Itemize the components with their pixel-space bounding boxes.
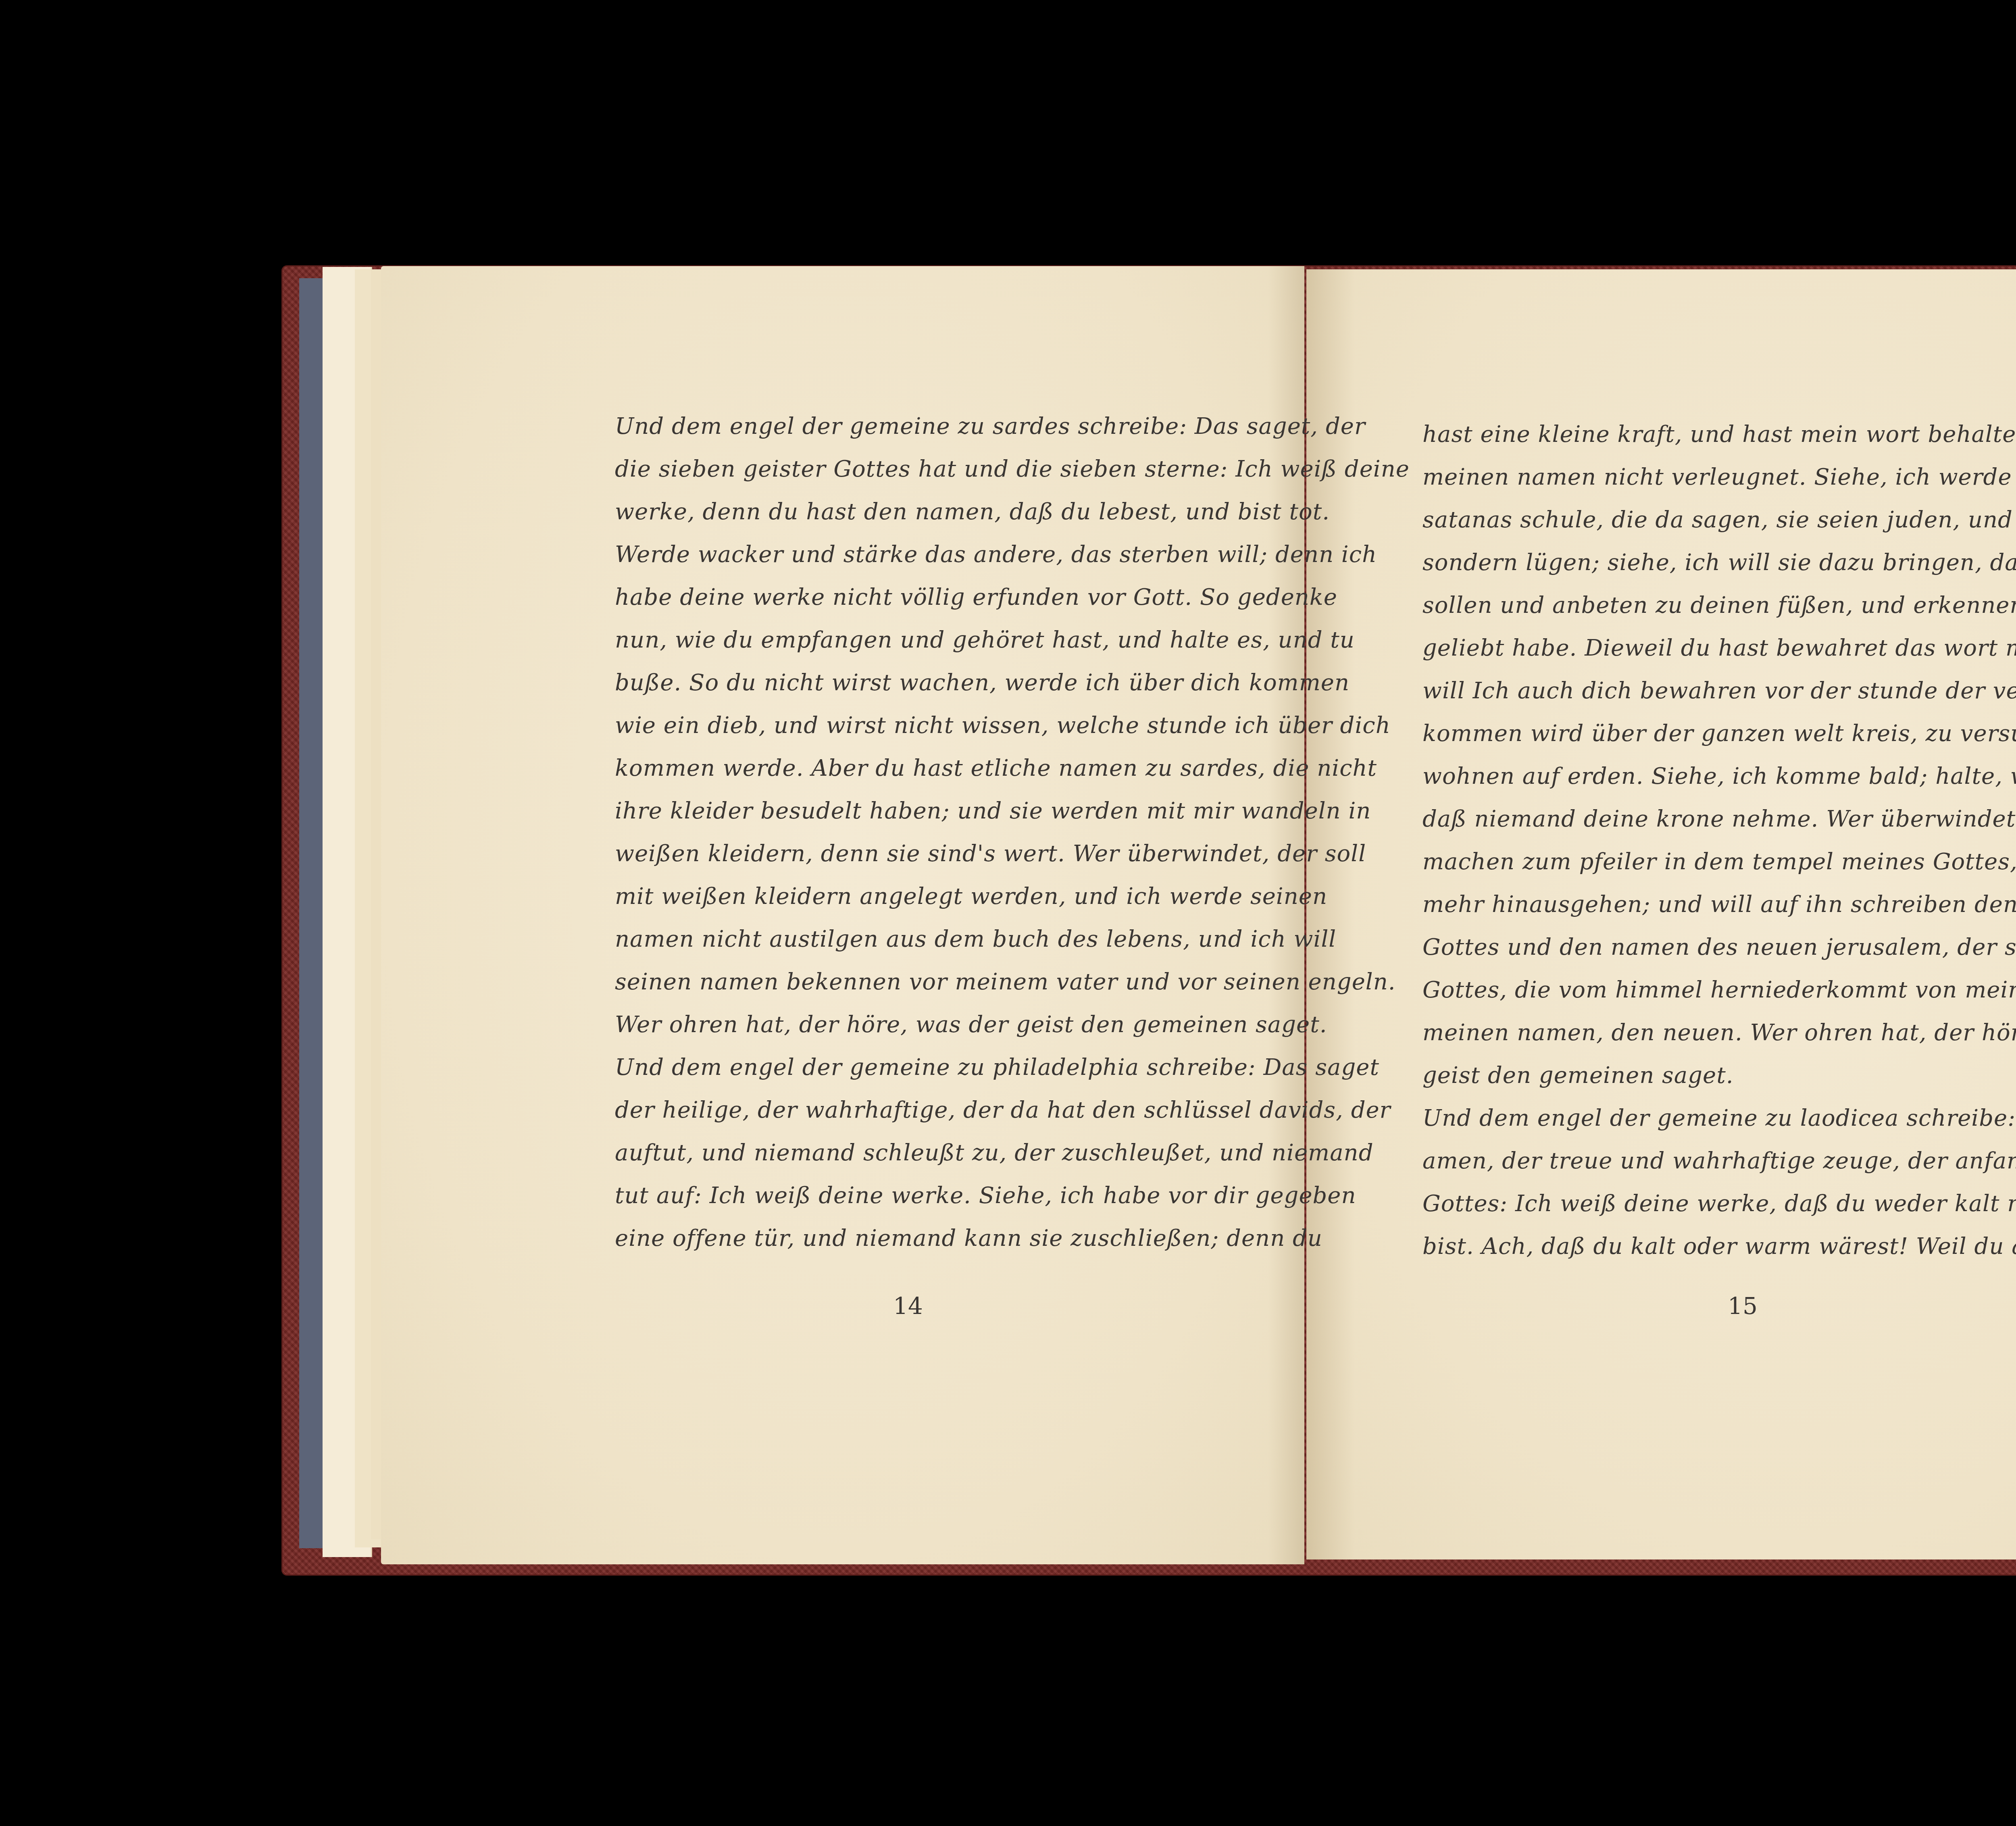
- text-line: hast eine kleine kraft, und hast mein wo…: [1422, 413, 2016, 456]
- text-line: wie ein dieb, und wirst nicht wissen, we…: [615, 704, 1232, 747]
- text-line: der heilige, der wahrhaftige, der da hat…: [615, 1089, 1232, 1132]
- photo-background: Und dem engel der gemeine zu sardes schr…: [0, 0, 2016, 1826]
- text-line: Und dem engel der gemeine zu sardes schr…: [615, 405, 1232, 448]
- text-line: Werde wacker und stärke das andere, das …: [615, 533, 1232, 576]
- text-line: Gottes: Ich weiß deine werke, daß du wed…: [1422, 1183, 2016, 1225]
- text-line: wohnen auf erden. Siehe, ich komme bald;…: [1422, 755, 2016, 798]
- right-page-text: hast eine kleine kraft, und hast mein wo…: [1422, 413, 2016, 1268]
- text-line: sollen und anbeten zu deinen füßen, und …: [1422, 584, 2016, 627]
- text-line: kommen wird über der ganzen welt kreis, …: [1422, 712, 2016, 755]
- text-line: meinen namen nicht verleugnet. Siehe, ic…: [1422, 456, 2016, 499]
- text-line: die sieben geister Gottes hat und die si…: [615, 448, 1232, 491]
- text-line: geist den gemeinen saget.: [1422, 1054, 2016, 1097]
- text-line: ihre kleider besudelt haben; und sie wer…: [615, 790, 1232, 833]
- text-line: mit weißen kleidern angelegt werden, und…: [615, 875, 1232, 918]
- text-line: kommen werde. Aber du hast etliche namen…: [615, 747, 1232, 790]
- text-line: amen, der treue und wahrhaftige zeuge, d…: [1422, 1140, 2016, 1183]
- text-line: buße. So du nicht wirst wachen, werde ic…: [615, 662, 1232, 704]
- text-line: meinen namen, den neuen. Wer ohren hat, …: [1422, 1012, 2016, 1054]
- page-number-left: 14: [893, 1292, 923, 1320]
- text-line: bist. Ach, daß du kalt oder warm wärest!…: [1422, 1225, 2016, 1268]
- text-line: tut auf: Ich weiß deine werke. Siehe, ic…: [615, 1174, 1232, 1217]
- text-line: will Ich auch dich bewahren vor der stun…: [1422, 670, 2016, 712]
- text-line: eine offene tür, und niemand kann sie zu…: [615, 1217, 1232, 1260]
- left-page-text: Und dem engel der gemeine zu sardes schr…: [615, 405, 1232, 1260]
- text-line: seinen namen bekennen vor meinem vater u…: [615, 961, 1232, 1004]
- text-line: satanas schule, die da sagen, sie seien …: [1422, 499, 2016, 541]
- text-line: Gottes, die vom himmel herniederkommt vo…: [1422, 969, 2016, 1012]
- text-line: habe deine werke nicht völlig erfunden v…: [615, 576, 1232, 619]
- page-number-right: 15: [1728, 1292, 1758, 1320]
- text-line: nun, wie du empfangen und gehöret hast, …: [615, 619, 1232, 662]
- text-line: Wer ohren hat, der höre, was der geist d…: [615, 1004, 1232, 1046]
- text-line: weißen kleidern, denn sie sind's wert. W…: [615, 833, 1232, 875]
- text-line: mehr hinausgehen; und will auf ihn schre…: [1422, 883, 2016, 926]
- text-line: Und dem engel der gemeine zu laodicea sc…: [1422, 1097, 2016, 1140]
- text-line: werke, denn du hast den namen, daß du le…: [615, 491, 1232, 533]
- text-line: daß niemand deine krone nehme. Wer überw…: [1422, 798, 2016, 841]
- text-line: Und dem engel der gemeine zu philadelphi…: [615, 1046, 1232, 1089]
- text-line: auftut, und niemand schleußt zu, der zus…: [615, 1132, 1232, 1174]
- text-line: sondern lügen; siehe, ich will sie dazu …: [1422, 541, 2016, 584]
- text-line: machen zum pfeiler in dem tempel meines …: [1422, 841, 2016, 883]
- text-line: namen nicht austilgen aus dem buch des l…: [615, 918, 1232, 961]
- text-line: Gottes und den namen des neuen jerusalem…: [1422, 926, 2016, 969]
- text-line: geliebt habe. Dieweil du hast bewahret d…: [1422, 627, 2016, 670]
